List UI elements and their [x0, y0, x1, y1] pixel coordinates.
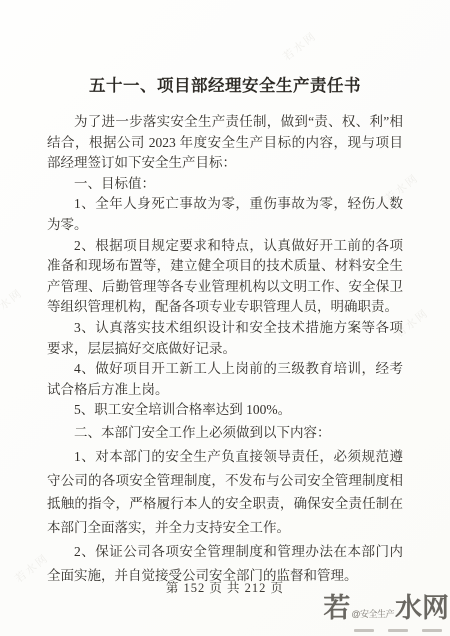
diagonal-watermark: 若水网 [279, 28, 320, 65]
paragraph: 1、对本部门的安全生产负直接领导责任，必须规范遵守公司的各项安全管理制度，不发布… [47, 445, 403, 540]
diagonal-watermark: 若水网 [0, 285, 26, 322]
paragraph: 1、全年人身死亡事故为零，重伤事故为零，轻伤人数为零。 [47, 194, 403, 235]
logo-handle-text: @安全生产 [351, 610, 394, 619]
document-title: 五十一、项目部经理安全生产责任书 [0, 72, 450, 96]
logo-character: 水 [395, 595, 422, 622]
paragraph: 为了进一步落实安全生产责任制，做到“责、权、利”相结合，根据公司 2023 年度… [47, 112, 403, 174]
paragraph: 4、做好项目开工新工人上岗前的三级教育培训，经考试合格后方准上岗。 [47, 359, 403, 400]
paragraph: 5、职工安全培训合格率达到 100%。 [47, 400, 403, 421]
site-logo-watermark: 若 @安全生产 水 网 [323, 595, 449, 622]
logo-subtext-marks [354, 629, 442, 632]
paragraph: 2、根据项目规定要求和特点，认真做好开工前的各项准备和现场布置等，建立健全项目的… [47, 236, 403, 318]
paragraph: 二、本部门安全工作上必须做到以下内容： [47, 421, 403, 445]
body-section-objectives: 为了进一步落实安全生产责任制，做到“责、权、利”相结合，根据公司 2023 年度… [47, 112, 403, 421]
body-section-duties: 二、本部门安全工作上必须做到以下内容： 1、对本部门的安全生产负直接领导责任，必… [47, 421, 403, 588]
logo-character: 若 [323, 595, 350, 622]
paragraph: 3、认真落实技术组织设计和安全技术措施方案等各项要求，层层搞好交底做好记录。 [47, 318, 403, 359]
document-body: 为了进一步落实安全生产责任制，做到“责、权、利”相结合，根据公司 2023 年度… [47, 112, 403, 587]
document-page: 若水网 若水网 若水网 若水网 若水网 五十一、项目部经理安全生产责任书 为了进… [0, 0, 450, 636]
paragraph: 一、目标值： [47, 174, 403, 195]
page-number-footer: 第 152 页 共 212 页 [0, 578, 450, 596]
logo-character: 网 [422, 595, 449, 622]
